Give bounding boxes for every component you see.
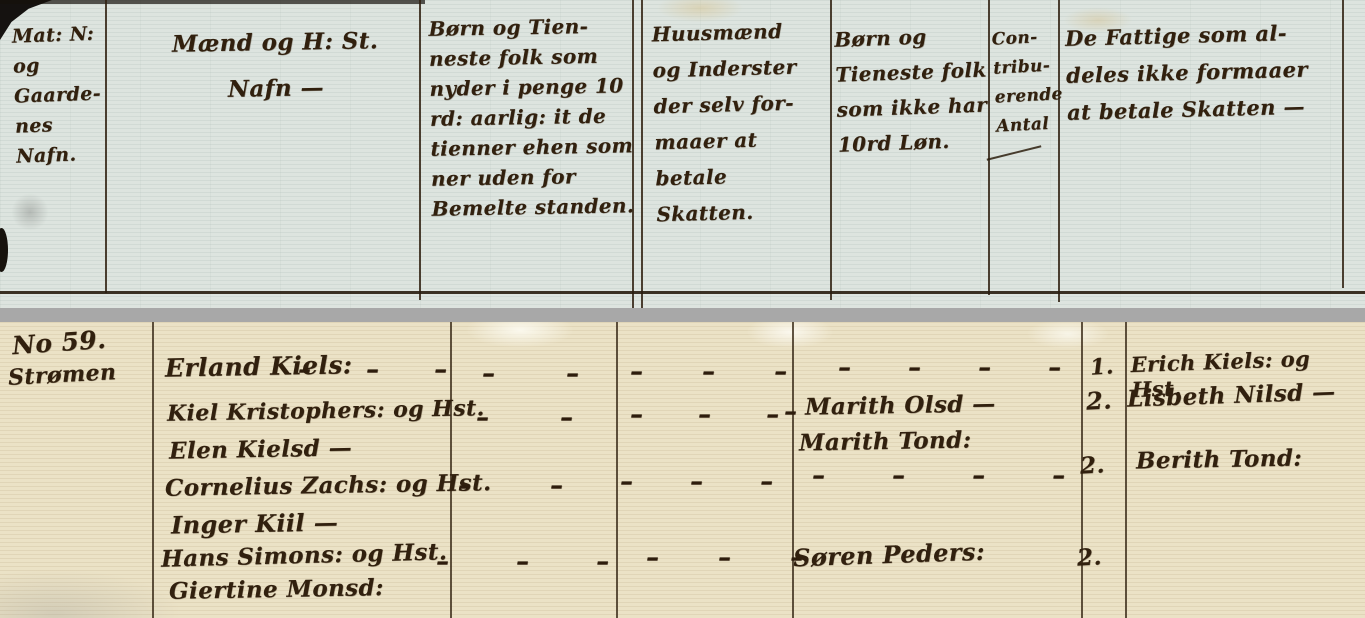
contributing-count-row2: 2.: [1085, 385, 1112, 415]
entry-name-row2b: Elen Kielsd —: [169, 434, 352, 464]
ditto-dashes-row1-colA: – –: [482, 364, 579, 384]
entry-name-row2a: Kiel Kristophers: og Hst.: [167, 395, 485, 427]
ditto-dashes-row1-colC: – – – –: [838, 358, 1061, 378]
farm-number: No 59.: [11, 325, 107, 360]
entry-poor-row3: Berith Tond:: [1136, 445, 1303, 475]
entry-husmen-row4: Søren Peders:: [793, 537, 986, 573]
column-header-children-servants-unpaid: Børn og Tieneste folk som ikke har 10rd …: [834, 17, 997, 162]
column-header-children-servants-paid: Børn og Tien- neste folk som nyder i pen…: [428, 10, 640, 224]
entry-husmen-row2a: Marith Olsd —: [805, 390, 996, 420]
ditto-dashes-row4-colB: – – –: [646, 548, 803, 568]
ditto-dashes-row4-colA: – – –: [436, 552, 609, 572]
column-header-husband-wife-name: Mænd og H: St. Nafn —: [127, 17, 424, 114]
ditto-dash-row2-colC: –: [784, 402, 797, 422]
ditto-dashes-row3-colB: – – –: [620, 472, 773, 492]
entries-strip: No 59. Strømen Erland Kiels: Kiel Kristo…: [0, 322, 1365, 618]
header-strip: Mat: N: og Gaarde- nes Nafn. Mænd og H: …: [0, 0, 1365, 308]
column-header-cottagers-lodgers: Huusmænd og Inderster der selv for- maae…: [651, 12, 837, 233]
ditto-dashes-row1-colB: – – –: [630, 362, 787, 382]
table-rule-horizontal: [0, 291, 1365, 294]
ditto-dashes-row1-names: – – –: [298, 360, 447, 380]
contributing-count-row1: 1.: [1089, 353, 1115, 381]
table-rule-vertical: [792, 322, 794, 618]
ink-blot: [0, 228, 8, 272]
table-rule-vertical: [1125, 322, 1127, 618]
entry-name-row4a: Hans Simons: og Hst.: [161, 538, 448, 572]
table-rule-vertical: [1058, 0, 1060, 302]
scan-separator-band: [0, 308, 1365, 322]
table-rule-vertical: [616, 322, 618, 618]
ditto-dashes-row3-colC: – – – –: [812, 466, 1065, 486]
contributing-count-row4: 2.: [1076, 543, 1102, 571]
ditto-dashes-row3-colA: – –: [458, 476, 563, 496]
contributing-count-row3: 2.: [1079, 451, 1105, 479]
table-rule-vertical: [641, 0, 643, 308]
entry-name-row3a: Cornelius Zachs: og Hst.: [165, 469, 492, 502]
entry-husmen-row2b: Marith Tond:: [799, 426, 972, 456]
column-header-paupers: De Fattige som al- deles ikke formaaer a…: [1065, 12, 1365, 131]
entry-name-row3b: Inger Kiil —: [171, 508, 339, 540]
farm-name: Strømen: [7, 359, 117, 391]
column-header-contributing-count: Con- tribu- erende Antal: [991, 22, 1061, 141]
paper-top-edge: [0, 0, 425, 4]
ditto-dashes-row2-colB: – – –: [630, 405, 779, 425]
scanned-ledger-page: Mat: N: og Gaarde- nes Nafn. Mænd og H: …: [0, 0, 1365, 618]
entry-name-row4b: Giertine Monsd:: [169, 574, 384, 605]
table-rule-vertical: [152, 322, 154, 618]
ditto-dashes-row2-colA: – –: [476, 408, 573, 428]
column-header-farm-number-name: Mat: N: og Gaarde- nes Nafn.: [11, 18, 108, 171]
